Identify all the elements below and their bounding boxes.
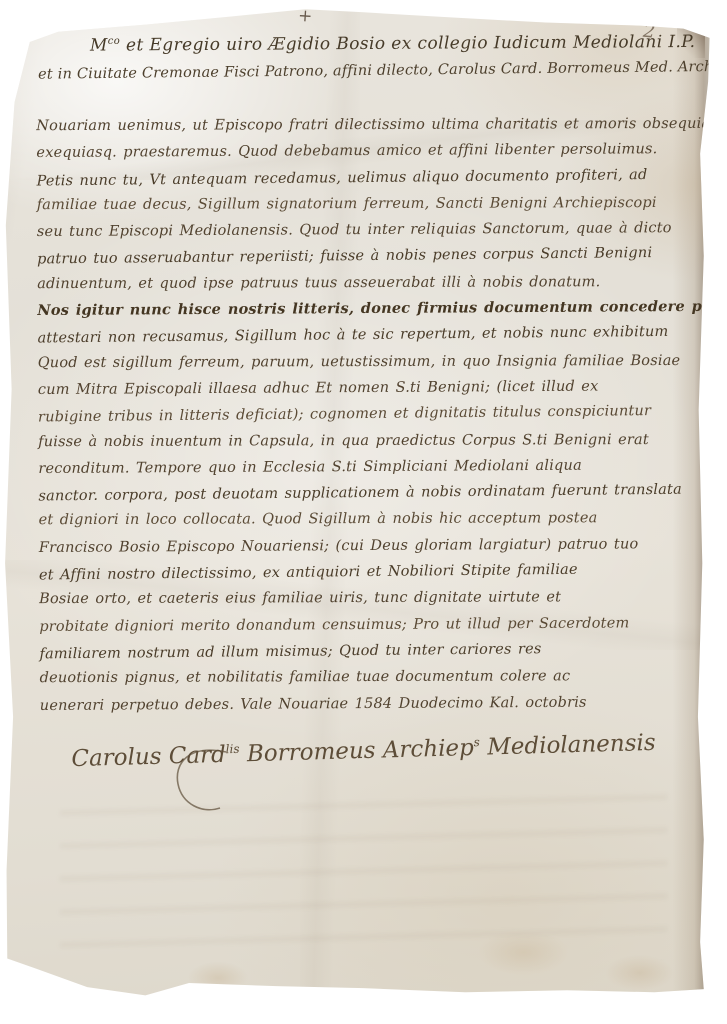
cross-mark: +	[297, 6, 312, 27]
manuscript-page: + 2 Mco et Egregio uiro Ægidio Bosio ex …	[0, 0, 727, 1024]
salutation-line-1: Mco et Egregio uiro Ægidio Bosio ex coll…	[90, 32, 688, 56]
signature-name: Carolus Card	[71, 742, 226, 772]
signature-see: Mediolanensis	[480, 730, 656, 761]
manuscript-line: attestari non recusamus, Sigillum hoc à …	[37, 319, 697, 352]
manuscript-line: et digniori in loco collocata. Quod Sigi…	[39, 505, 699, 534]
manuscript-line: familiae tuae decus, Sigillum signatoriu…	[37, 190, 697, 219]
salutation: Mco et Egregio uiro Ægidio Bosio ex coll…	[38, 32, 688, 81]
salutation-superscript: co	[108, 36, 120, 47]
salutation-line-2: et in Ciuitate Cremonae Fisci Patrono, a…	[38, 59, 688, 82]
manuscript-line: Bosiae orto, et caeteris eius familiae u…	[39, 584, 699, 613]
manuscript-line: uenerari perpetuo debes. Vale Nouariae 1…	[40, 689, 700, 719]
signature: Carolus Cardlis Borromeus Archieps Medio…	[0, 728, 727, 774]
signature-superscript: lis	[225, 742, 239, 756]
letter-body: Nouariam uenimus, ut Episcopo fratri dil…	[36, 110, 700, 719]
signature-surname-title: Borromeus Archiep	[239, 735, 474, 768]
manuscript-line: fuisse à nobis inuentum in Capsula, in q…	[38, 426, 698, 455]
salutation-abbrev: M	[90, 36, 108, 56]
manuscript-line: Nouariam uenimus, ut Episcopo fratri dil…	[36, 111, 696, 140]
ink-bleed-through	[60, 790, 667, 960]
manuscript-line: Quod est sigillum ferreum, paruum, uetus…	[38, 348, 698, 377]
salutation-line-1-text: et Egregio uiro Ægidio Bosio ex collegio…	[120, 32, 695, 56]
page-marks: + 2	[0, 0, 727, 2]
manuscript-line: rubigine tribus in litteris deficiat); c…	[38, 398, 698, 431]
manuscript-line: deuotionis pignus, et nobilitatis famili…	[40, 663, 700, 692]
manuscript-line: adinuentum, et quod ipse patruus tuus as…	[37, 269, 697, 298]
